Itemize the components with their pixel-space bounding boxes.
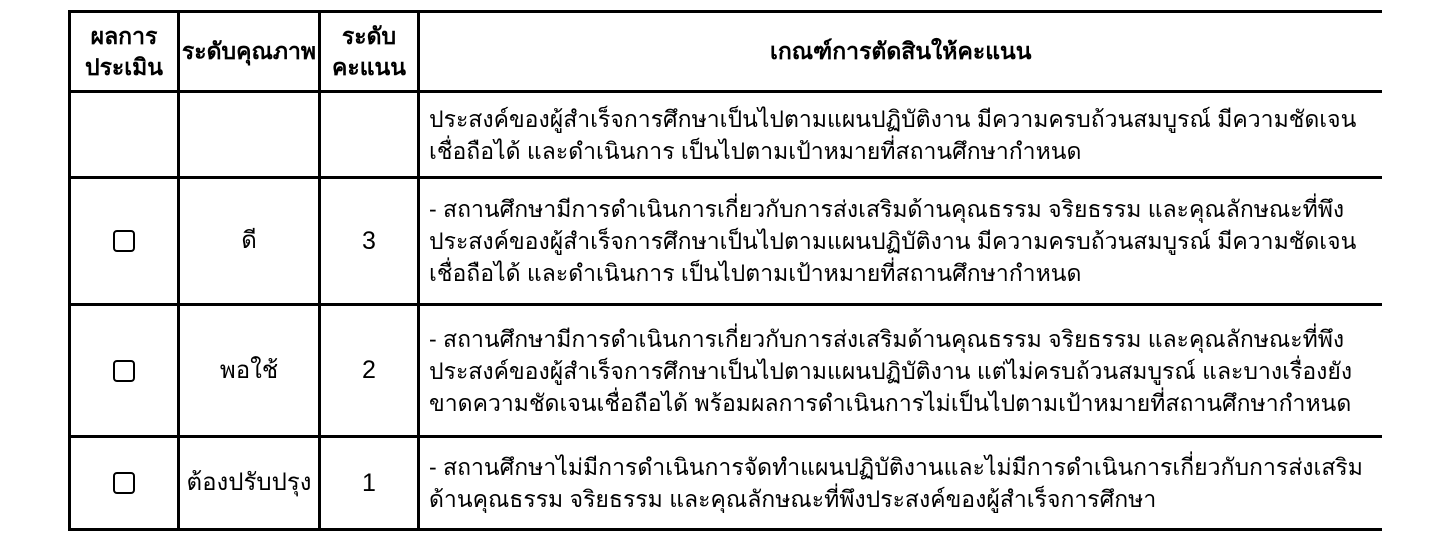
score-value: 3 xyxy=(320,178,419,305)
table-row-continuation: ประสงค์ของผู้สำเร็จการศึกษาเป็นไปตามแผนป… xyxy=(70,92,1382,178)
quality-level-label: ต้องปรับปรุง xyxy=(179,437,320,530)
quality-level-label: พอใช้ xyxy=(179,305,320,437)
table-header-row: ผลการ ประเมิน ระดับคุณภาพ ระดับ คะแนน เก… xyxy=(70,12,1382,92)
checkbox-cell-empty xyxy=(70,92,179,178)
score-value: 2 xyxy=(320,305,419,437)
header-score-level: ระดับ คะแนน xyxy=(320,12,419,92)
checkbox-cell xyxy=(70,305,179,437)
checkbox-cell xyxy=(70,437,179,530)
criteria-text: ประสงค์ของผู้สำเร็จการศึกษาเป็นไปตามแผนป… xyxy=(419,92,1382,178)
header-evaluation-result: ผลการ ประเมิน xyxy=(70,12,179,92)
quality-level-label xyxy=(179,92,320,178)
criteria-text: - สถานศึกษามีการดำเนินการเกี่ยวกับการส่ง… xyxy=(419,178,1382,305)
quality-level-label: ดี xyxy=(179,178,320,305)
checkbox-cell xyxy=(70,178,179,305)
scoring-criteria-table: ผลการ ประเมิน ระดับคุณภาพ ระดับ คะแนน เก… xyxy=(68,10,1382,531)
table-row-fair: พอใช้ 2 - สถานศึกษามีการดำเนินการเกี่ยวก… xyxy=(70,305,1382,437)
table-row-good: ดี 3 - สถานศึกษามีการดำเนินการเกี่ยวกับก… xyxy=(70,178,1382,305)
header-scoring-criteria: เกณฑ์การตัดสินให้คะแนน xyxy=(419,12,1382,92)
score-value xyxy=(320,92,419,178)
header-quality-level: ระดับคุณภาพ xyxy=(179,12,320,92)
table-row-needs-improvement: ต้องปรับปรุง 1 - สถานศึกษาไม่มีการดำเนิน… xyxy=(70,437,1382,530)
checkbox-good[interactable] xyxy=(113,230,135,252)
criteria-text: - สถานศึกษาไม่มีการดำเนินการจัดทำแผนปฏิบ… xyxy=(419,437,1382,530)
document-page: ผลการ ประเมิน ระดับคุณภาพ ระดับ คะแนน เก… xyxy=(0,0,1448,541)
score-value: 1 xyxy=(320,437,419,530)
criteria-text: - สถานศึกษามีการดำเนินการเกี่ยวกับการส่ง… xyxy=(419,305,1382,437)
checkbox-needs-improvement[interactable] xyxy=(113,472,135,494)
checkbox-fair[interactable] xyxy=(113,360,135,382)
